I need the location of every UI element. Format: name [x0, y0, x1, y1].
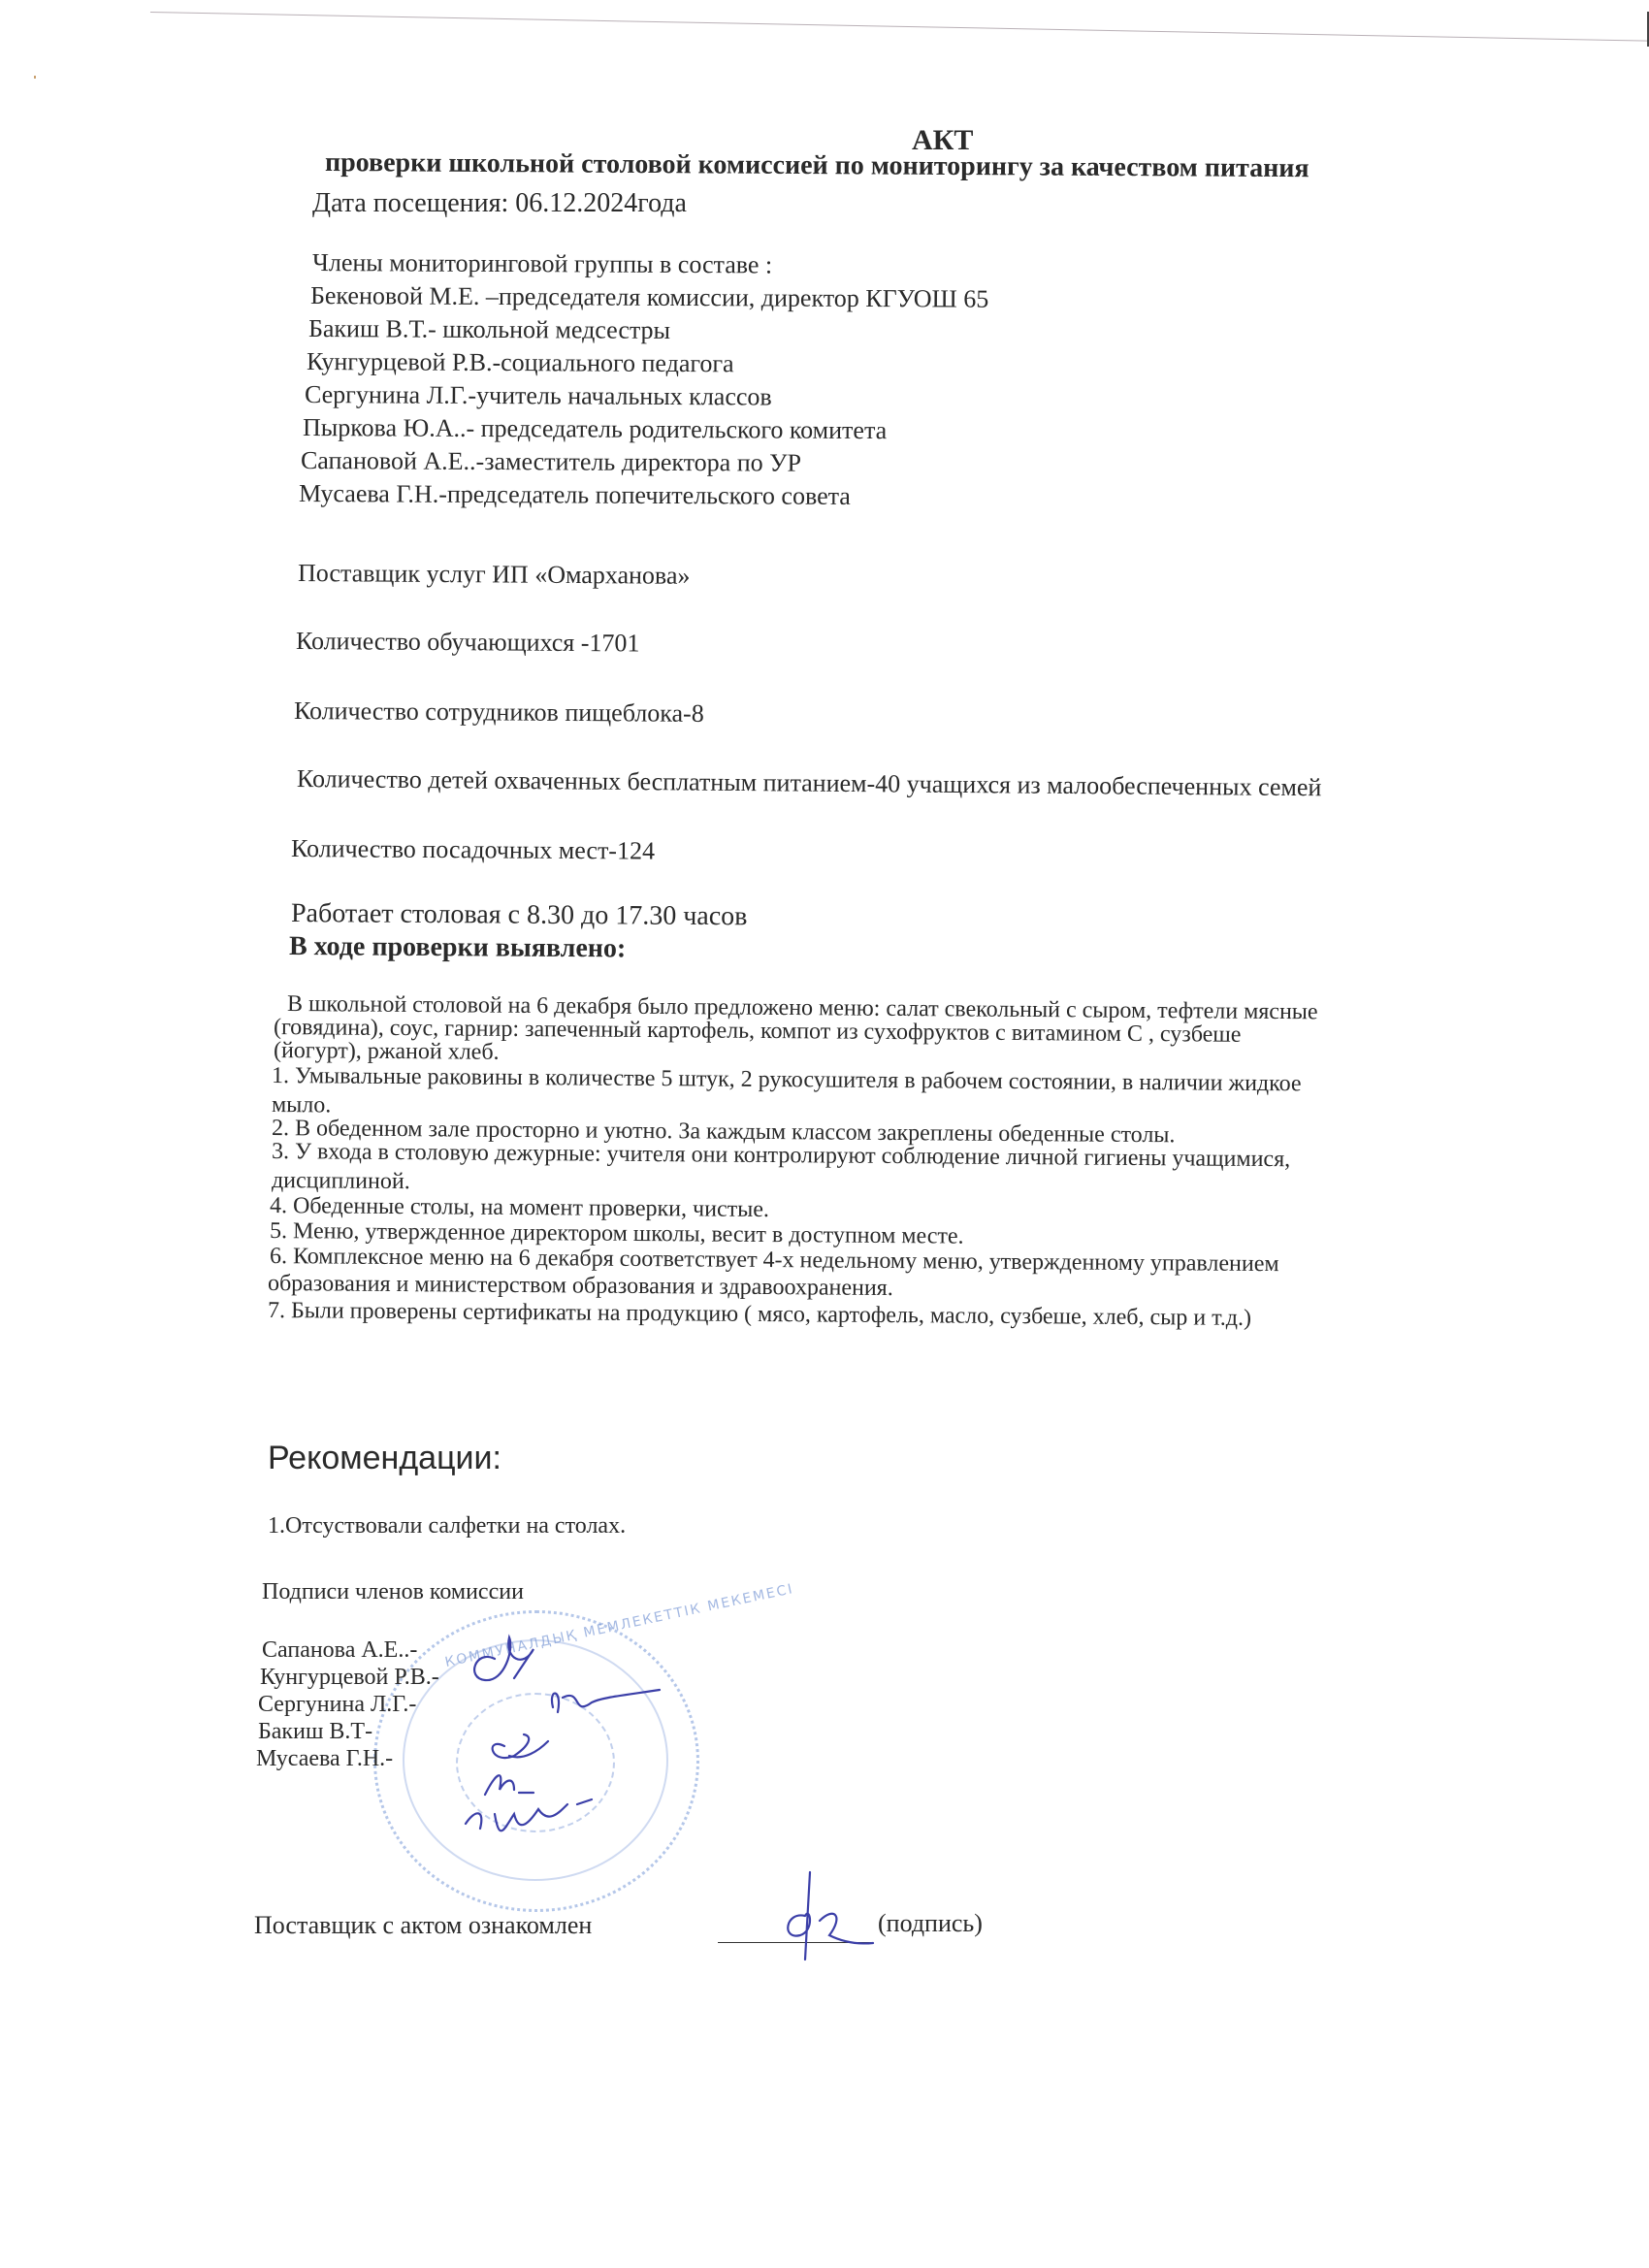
- member-item: Бакиш В.Т.- школьной медсестры: [308, 314, 670, 345]
- supplier-acknowledgement: Поставщик с актом ознакомлен: [254, 1911, 592, 1940]
- finding-item: дисциплиной.: [272, 1168, 410, 1195]
- signatures-heading: Подписи членов комиссии: [262, 1579, 524, 1605]
- finding-item: 7. Были проверены сертификаты на продукц…: [268, 1298, 1251, 1332]
- finding-item: 1. Умывальные раковины в количестве 5 шт…: [272, 1063, 1302, 1097]
- scan-speck: [34, 76, 36, 79]
- member-item: Сергунина Л.Г.-учитель начальных классов: [305, 380, 772, 412]
- document-subtitle: проверки школьной столовой комиссией по …: [325, 147, 1309, 184]
- signature-name: Кунгурцевой Р.В.-: [260, 1665, 439, 1691]
- menu-line: (йогурт), ржаной хлеб.: [274, 1038, 500, 1066]
- staff-count: Количество сотрудников пищеблока-8: [294, 697, 704, 729]
- recommendations-heading: Рекомендации:: [268, 1440, 501, 1477]
- member-item: Сапановой А.Е..-заместитель директора по…: [301, 446, 801, 478]
- member-item: Бекеновой М.Е. –председателя комиссии, д…: [310, 281, 988, 314]
- finding-item: образования и министерством образования …: [268, 1271, 893, 1302]
- signature-name: Сапанова А.Е..-: [262, 1637, 417, 1664]
- supplier-signature: [766, 1867, 883, 1964]
- students-count: Количество обучающихся -1701: [296, 627, 640, 658]
- members-heading: Члены мониторинговой группы в составе :: [312, 248, 772, 279]
- findings-heading: В ходе проверки выявлено:: [289, 931, 626, 964]
- member-item: Кунгурцевой Р.В.-социального педагога: [307, 347, 734, 378]
- signature-name: Бакиш В.Т-: [258, 1719, 372, 1745]
- signature-caption: (подпись): [878, 1909, 983, 1938]
- scanned-document-page: АКТ проверки школьной столовой комиссией…: [0, 0, 1649, 2268]
- member-item: Мусаева Г.Н.-председатель попечительског…: [299, 479, 851, 511]
- handwritten-signatures: [456, 1620, 766, 1843]
- scan-edge-line: [150, 12, 1649, 42]
- visit-date: Дата посещения: 06.12.2024года: [312, 188, 687, 219]
- supplier-info: Поставщик услуг ИП «Омарханова»: [298, 559, 691, 591]
- signature-name: Мусаева Г.Н.-: [256, 1746, 393, 1772]
- seats-count: Количество посадочных мест-124: [291, 834, 655, 866]
- member-item: Пыркова Ю.А..- председатель родительског…: [303, 413, 887, 445]
- working-hours: Работает столовая с 8.30 до 17.30 часов: [291, 898, 748, 932]
- recommendation-item: 1.Отсуствовали салфетки на столах.: [268, 1513, 626, 1539]
- signature-name: Сергунина Л.Г.-: [258, 1692, 416, 1718]
- free-meals-count: Количество детей охваченных бесплатным п…: [297, 764, 1322, 802]
